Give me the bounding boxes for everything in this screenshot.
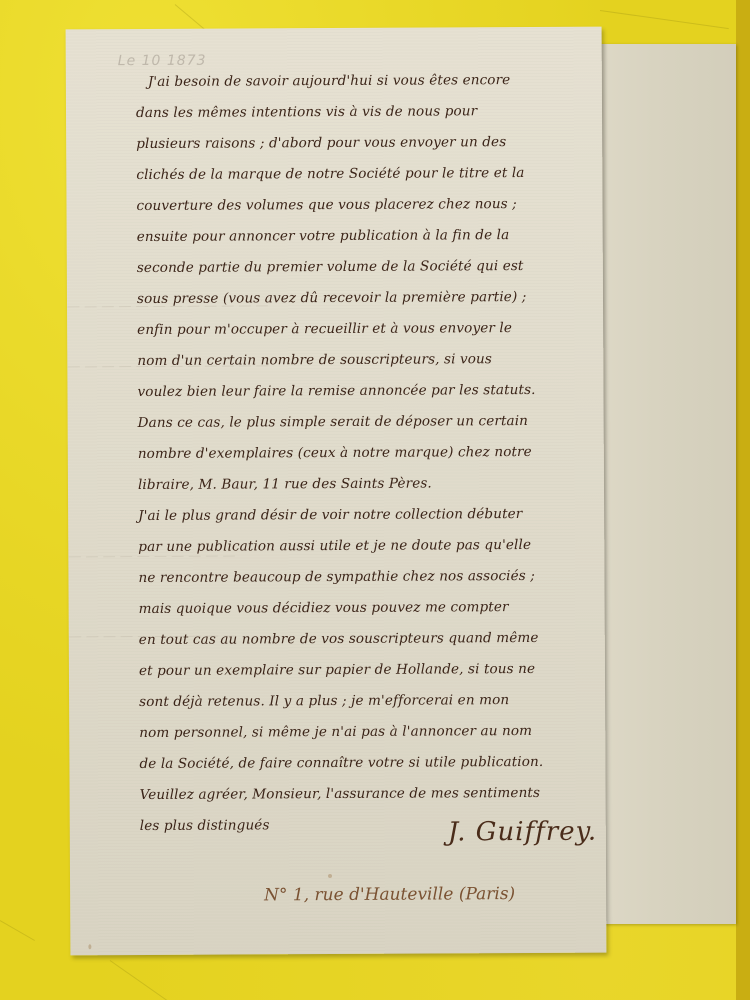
letter-page: Le 10 1873 — — — — — — — — — — — — — — —… [66,27,607,956]
letter-line: et pour un exemplaire sur papier de Holl… [139,654,609,687]
paper-stain [328,874,332,878]
letter-line: ensuite pour annoncer votre publication … [137,220,607,253]
letter-line: Veuillez agréer, Monsieur, l'assurance d… [140,778,610,811]
letter-line: sous presse (vous avez dû recevoir la pr… [137,282,607,315]
letter-line: couverture des volumes que vous placerez… [136,189,606,222]
letter-line: nombre d'exemplaires (ceux à notre marqu… [138,437,608,470]
letter-body: J'ai besoin de savoir aujourd'hui si vou… [136,65,610,842]
letter-line: libraire, M. Baur, 11 rue des Saints Pèr… [138,468,608,501]
letter-line: voulez bien leur faire la remise annoncé… [137,375,607,408]
letter-line: plusieurs raisons ; d'abord pour vous en… [136,127,606,160]
letter-line: enfin pour m'occuper à recueillir et à v… [137,313,607,346]
letter-line: par une publication aussi utile et je ne… [138,530,608,563]
letter-line: clichés de la marque de notre Société po… [136,158,606,191]
signature: J. Guiffrey. [448,817,597,848]
paper-stain [88,944,91,949]
letter-line: de la Société, de faire connaître votre … [139,747,609,780]
letter-line: dans les mêmes intentions vis à vis de n… [136,96,606,129]
folded-back-page [600,44,736,924]
letter-line: J'ai le plus grand désir de voir notre c… [138,499,608,532]
sender-address: N° 1, rue d'Hauteville (Paris) [264,884,515,905]
letter-line: mais quoique vous décidiez vous pouvez m… [139,592,609,625]
right-edge-strip [736,0,750,1000]
letter-line: J'ai besoin de savoir aujourd'hui si vou… [136,65,606,98]
letter-line: ne rencontre beaucoup de sympathie chez … [138,561,608,594]
letter-line: sont déjà retenus. Il y a plus ; je m'ef… [139,685,609,718]
letter-line: nom d'un certain nombre de souscripteurs… [137,344,607,377]
letter-line: seconde partie du premier volume de la S… [137,251,607,284]
letter-line: en tout cas au nombre de vos souscripteu… [139,623,609,656]
letter-line: Dans ce cas, le plus simple serait de dé… [138,406,608,439]
letter-line: nom personnel, si même je n'ai pas à l'a… [139,716,609,749]
